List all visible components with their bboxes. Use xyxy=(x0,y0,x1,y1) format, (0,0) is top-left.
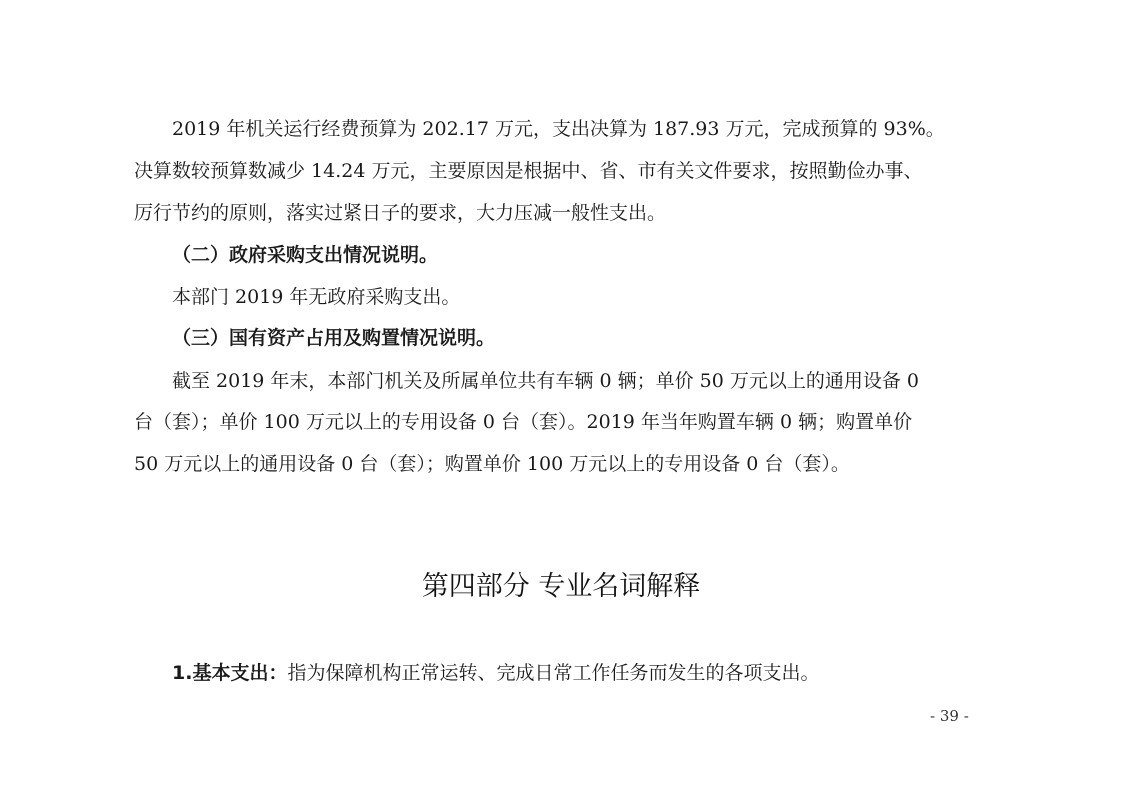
paragraph-line: 台（套）；单价 100 万元以上的专用设备 0 台（套）。2019 年当年购置车… xyxy=(134,410,912,434)
paragraph-line: 2019 年机关运行经费预算为 202.17 万元，支出决算为 187.93 万… xyxy=(172,117,945,141)
section-heading-assets: （三）国有资产占用及购置情况说明。 xyxy=(172,326,495,350)
term-definition: 1.基本支出：指为保障机构正常运转、完成日常工作任务而发生的各项支出。 xyxy=(172,661,819,685)
paragraph-line: 截至 2019 年末，本部门机关及所属单位共有车辆 0 辆；单价 50 万元以上… xyxy=(172,369,919,393)
page-number: - 39 - xyxy=(930,707,969,725)
part4-title: 第四部分 专业名词解释 xyxy=(0,570,1122,604)
paragraph-line: 本部门 2019 年无政府采购支出。 xyxy=(172,285,460,309)
paragraph-line: 50 万元以上的通用设备 0 台（套）；购置单价 100 万元以上的专用设备 0… xyxy=(134,452,850,476)
paragraph-line: 厉行节约的原则，落实过紧日子的要求，大力压减一般性支出。 xyxy=(134,201,666,225)
section-heading-procurement: （二）政府采购支出情况说明。 xyxy=(172,243,438,267)
term-label: 1.基本支出： xyxy=(172,662,287,684)
term-text: 指为保障机构正常运转、完成日常工作任务而发生的各项支出。 xyxy=(287,662,819,684)
paragraph-line: 决算数较预算数减少 14.24 万元，主要原因是根据中、省、市有关文件要求，按照… xyxy=(134,159,922,183)
